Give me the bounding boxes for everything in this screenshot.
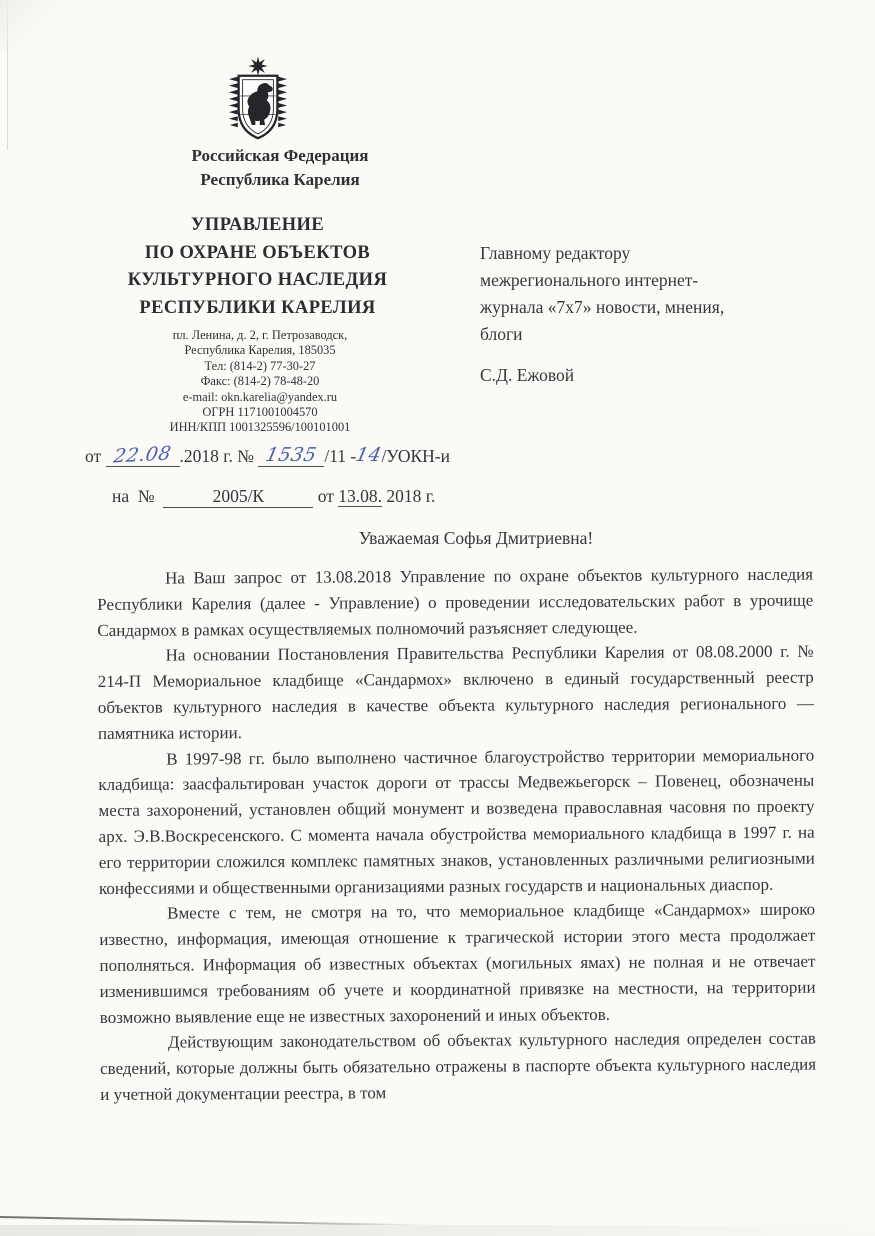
handwritten-date: 22.08 <box>112 443 173 468</box>
org-name-line: РЕСПУБЛИКИ КАРЕЛИЯ <box>95 295 420 323</box>
org-name-line: ПО ОХРАНЕ ОБЪЕКТОВ <box>95 240 420 268</box>
body-paragraph: В 1997-98 гг. было выполнено частичное б… <box>98 742 815 901</box>
karelia-coat-of-arms-icon <box>214 54 302 152</box>
letterhead-country: Российская Федерация <box>130 144 430 168</box>
ref-in-year: 2018 г. <box>382 486 435 506</box>
recipient-line: журнала «7х7» новости, мнения, <box>480 294 825 321</box>
org-address-line: ИНН/КПП 1001325596/100101001 <box>105 420 415 435</box>
recipient-line: блоги <box>480 321 825 348</box>
scanned-letter-page: Российская Федерация Республика Карелия … <box>0 0 875 1236</box>
star-icon <box>248 56 267 75</box>
org-name-line: КУЛЬТУРНОГО НАСЛЕДИЯ <box>95 267 420 295</box>
recipient-name: С.Д. Ежовой <box>480 362 825 389</box>
handwritten-number: 1535 <box>264 444 319 466</box>
ref-out-suffix: /УОКН-и <box>381 446 450 466</box>
org-name-block: УПРАВЛЕНИЕ ПО ОХРАНЕ ОБЪЕКТОВ КУЛЬТУРНОГ… <box>95 212 420 322</box>
handwritten-number-2: 14 <box>354 444 384 466</box>
ref-in-date: 13.08. <box>338 486 382 507</box>
ref-in-prefix: на № <box>112 486 163 506</box>
letterhead-state-block: Российская Федерация Республика Карелия <box>130 144 430 192</box>
recipient-line: Главному редактору <box>480 240 825 267</box>
ref-out-mid: /11 - <box>324 446 356 466</box>
org-address-line: ОГРН 1171001004570 <box>105 405 415 420</box>
ref-in-number-blank: 2005/К <box>163 486 313 508</box>
scanner-background-strip <box>0 1225 875 1236</box>
letterhead-region: Республика Карелия <box>130 168 430 192</box>
ref-out-number-blank: 1535 <box>258 445 324 467</box>
body-paragraph: На основании Постановления Правительства… <box>97 639 814 747</box>
outgoing-reference-line: от 22.08.2018 г. № 1535/11 -14/УОКН-и <box>85 445 450 467</box>
body-paragraph: На Ваш запрос от 13.08.2018 Управление п… <box>97 562 813 644</box>
ref-out-date-blank: 22.08 <box>106 445 180 467</box>
recipient-line: межрегионального интернет- <box>480 267 825 294</box>
ref-in-number: 2005/К <box>213 486 265 506</box>
letter-body: На Ваш запрос от 13.08.2018 Управление п… <box>97 562 816 1108</box>
ref-out-prefix: от <box>85 446 106 466</box>
org-address-block: пл. Ленина, д. 2, г. Петрозаводск, Респу… <box>105 328 415 436</box>
left-fir-comb <box>229 77 238 128</box>
ref-in-from: от <box>313 486 338 506</box>
org-name-line: УПРАВЛЕНИЕ <box>95 212 420 240</box>
org-address-line: e-mail: okn.karelia@yandex.ru <box>105 390 415 405</box>
scan-corner-shade <box>0 0 70 50</box>
body-paragraph: Вместе с тем, не смотря на то, что мемор… <box>99 897 816 1030</box>
org-address-line: Тел: (814-2) 77-30-27 <box>105 359 415 374</box>
right-fir-comb <box>278 77 287 128</box>
body-paragraph: Действующим законодательством об объекта… <box>100 1026 816 1108</box>
org-address-line: Факс: (814-2) 78-48-20 <box>105 374 415 389</box>
org-address-line: Республика Карелия, 185035 <box>105 343 415 358</box>
ref-out-after-date: .2018 г. № <box>180 446 259 466</box>
incoming-reference-line: на № 2005/К от 13.08. 2018 г. <box>112 486 435 508</box>
salutation: Уважаемая Софья Дмитриевна! <box>85 528 822 549</box>
org-address-line: пл. Ленина, д. 2, г. Петрозаводск, <box>105 328 415 343</box>
recipient-block: Главному редактору межрегионального инте… <box>480 240 825 389</box>
